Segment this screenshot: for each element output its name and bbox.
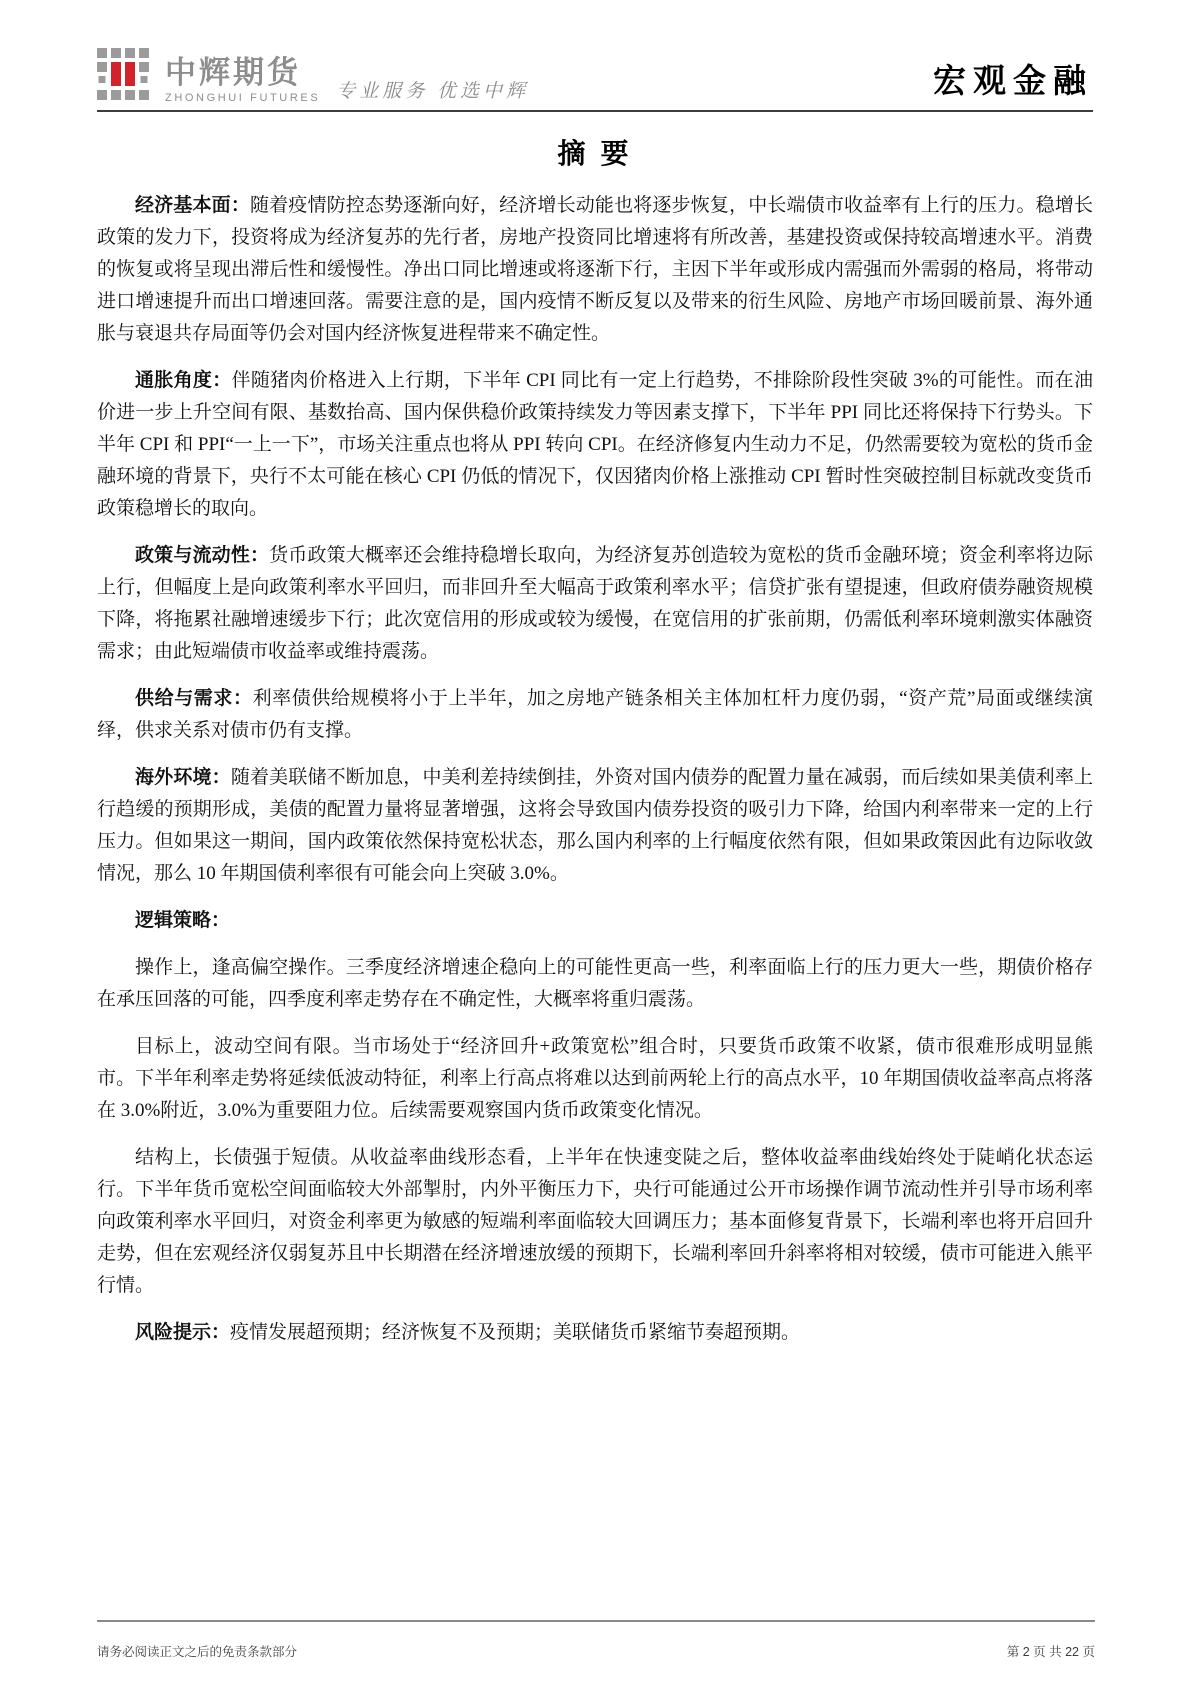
logo-company-name: 中辉期货 — [165, 57, 320, 88]
page-title: 摘 要 — [97, 132, 1093, 172]
page-footer: 请务必阅读正文之后的免责条款部分 第 2 页 共 22 页 — [97, 1620, 1095, 1660]
paragraph-policy-liquidity: 政策与流动性：货币政策大概率还会维持稳增长取向，为经济复苏创造较为宽松的货币金融… — [97, 540, 1093, 668]
paragraph-lead: 逻辑策略： — [135, 910, 230, 931]
paragraph-text: 随着疫情防控态势逐渐向好，经济增长动能也将逐步恢复，中长端债市收益率有上行的压力… — [97, 195, 1093, 344]
paragraph-text: 操作上，逢高偏空操作。三季度经济增速企稳向上的可能性更高一些，利率面临上行的压力… — [97, 957, 1093, 1010]
report-category: 宏观金融 — [933, 55, 1093, 104]
paragraph-inflation: 通胀角度：伴随猪肉价格进入上行期，下半年 CPI 同比有一定上行趋势，不排除阶段… — [97, 365, 1093, 525]
summary-body: 经济基本面：随着疫情防控态势逐渐向好，经济增长动能也将逐步恢复，中长端债市收益率… — [97, 190, 1093, 1349]
paragraph-risk: 风险提示：疫情发展超预期；经济恢复不及预期；美联储货币紧缩节奏超预期。 — [97, 1317, 1093, 1349]
paragraph-lead: 海外环境： — [135, 767, 231, 788]
paragraph-lead: 政策与流动性： — [135, 545, 269, 566]
paragraph-operation: 操作上，逢高偏空操作。三季度经济增速企稳向上的可能性更高一些，利率面临上行的压力… — [97, 952, 1093, 1016]
paragraph-lead: 风险提示： — [135, 1322, 230, 1343]
paragraph-text: 随着美联储不断加息，中美利差持续倒挂，外资对国内债券的配置力量在减弱，而后续如果… — [97, 767, 1093, 884]
paragraph-lead: 经济基本面： — [135, 195, 250, 216]
paragraph-supply-demand: 供给与需求：利率债供给规模将小于上半年，加之房地产链条相关主体加杠杆力度仍弱，“… — [97, 683, 1093, 747]
logo-company-name-en: ZHONGHUI FUTURES — [165, 93, 320, 104]
paragraph-text: 结构上，长债强于短债。从收益率曲线形态看，上半年在快速变陡之后，整体收益率曲线始… — [97, 1147, 1093, 1296]
logo-tagline: 专业服务 优选中辉 — [336, 76, 529, 104]
logo-text-block: 中辉期货 ZHONGHUI FUTURES — [165, 57, 320, 104]
paragraph-economy: 经济基本面：随着疫情防控态势逐渐向好，经济增长动能也将逐步恢复，中长端债市收益率… — [97, 190, 1093, 350]
paragraph-text: 目标上，波动空间有限。当市场处于“经济回升+政策宽松”组合时，只要货币政策不收紧… — [97, 1036, 1093, 1121]
paragraph-logic-strategy-heading: 逻辑策略： — [97, 905, 1093, 937]
report-page: 中辉期货 ZHONGHUI FUTURES 专业服务 优选中辉 宏观金融 摘 要… — [0, 0, 1190, 1683]
paragraph-target: 目标上，波动空间有限。当市场处于“经济回升+政策宽松”组合时，只要货币政策不收紧… — [97, 1031, 1093, 1127]
paragraph-lead: 供给与需求： — [135, 688, 253, 709]
paragraph-text: 疫情发展超预期；经济恢复不及预期；美联储货币紧缩节奏超预期。 — [230, 1322, 800, 1343]
page-content: 中辉期货 ZHONGHUI FUTURES 专业服务 优选中辉 宏观金融 摘 要… — [0, 0, 1190, 1349]
footer-disclaimer: 请务必阅读正文之后的免责条款部分 — [97, 1642, 297, 1660]
paragraph-overseas: 海外环境：随着美联储不断加息，中美利差持续倒挂，外资对国内债券的配置力量在减弱，… — [97, 762, 1093, 890]
paragraph-lead: 通胀角度： — [135, 370, 232, 391]
company-logo: 中辉期货 ZHONGHUI FUTURES 专业服务 优选中辉 — [97, 48, 529, 104]
paragraph-structure: 结构上，长债强于短债。从收益率曲线形态看，上半年在快速变陡之后，整体收益率曲线始… — [97, 1142, 1093, 1302]
page-header: 中辉期货 ZHONGHUI FUTURES 专业服务 优选中辉 宏观金融 — [97, 40, 1093, 112]
footer-page-number: 第 2 页 共 22 页 — [1007, 1642, 1095, 1660]
paragraph-text: 伴随猪肉价格进入上行期，下半年 CPI 同比有一定上行趋势，不排除阶段性突破 3… — [97, 370, 1093, 519]
logo-grid-icon — [97, 48, 153, 104]
